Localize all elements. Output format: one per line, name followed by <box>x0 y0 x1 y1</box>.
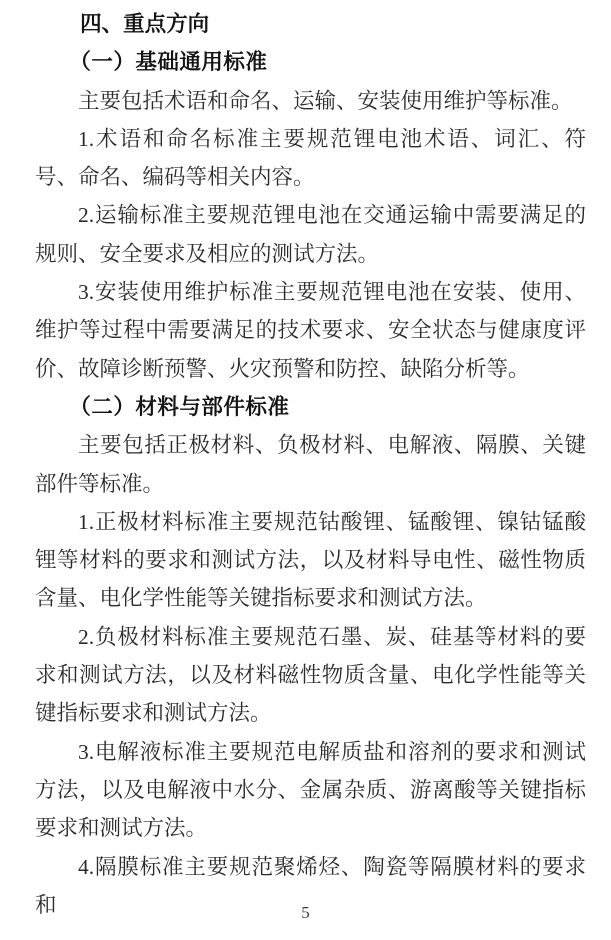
paragraph: 1.术语和命名标准主要规范锂电池术语、词汇、符号、命名、编码等相关内容。 <box>35 120 586 197</box>
subsection-heading: （一）基础通用标准 <box>35 43 586 81</box>
section-heading: 四、重点方向 <box>35 5 586 43</box>
paragraph: 3.安装使用维护标准主要规范锂电池在安装、使用、维护等过程中需要满足的技术要求、… <box>35 273 586 388</box>
paragraph: 主要包括正极材料、负极材料、电解液、隔膜、关键部件等标准。 <box>35 426 586 503</box>
paragraph: 主要包括术语和命名、运输、安装使用维护等标准。 <box>35 82 586 120</box>
document-body: 四、重点方向（一）基础通用标准主要包括术语和命名、运输、安装使用维护等标准。1.… <box>35 5 586 924</box>
paragraph: 2.运输标准主要规范锂电池在交通运输中需要满足的规则、安全要求及相应的测试方法。 <box>35 196 586 273</box>
paragraph: 2.负极材料标准主要规范石墨、炭、硅基等材料的要求和测试方法，以及材料磁性物质含… <box>35 618 586 733</box>
document-page: 四、重点方向（一）基础通用标准主要包括术语和命名、运输、安装使用维护等标准。1.… <box>0 0 611 940</box>
paragraph: 3.电解液标准主要规范电解质盐和溶剂的要求和测试方法，以及电解液中水分、金属杂质… <box>35 733 586 848</box>
page-number: 5 <box>0 903 611 923</box>
paragraph: 1.正极材料标准主要规范钴酸锂、锰酸锂、镍钴锰酸锂等材料的要求和测试方法，以及材… <box>35 503 586 618</box>
subsection-heading: （二）材料与部件标准 <box>35 388 586 426</box>
